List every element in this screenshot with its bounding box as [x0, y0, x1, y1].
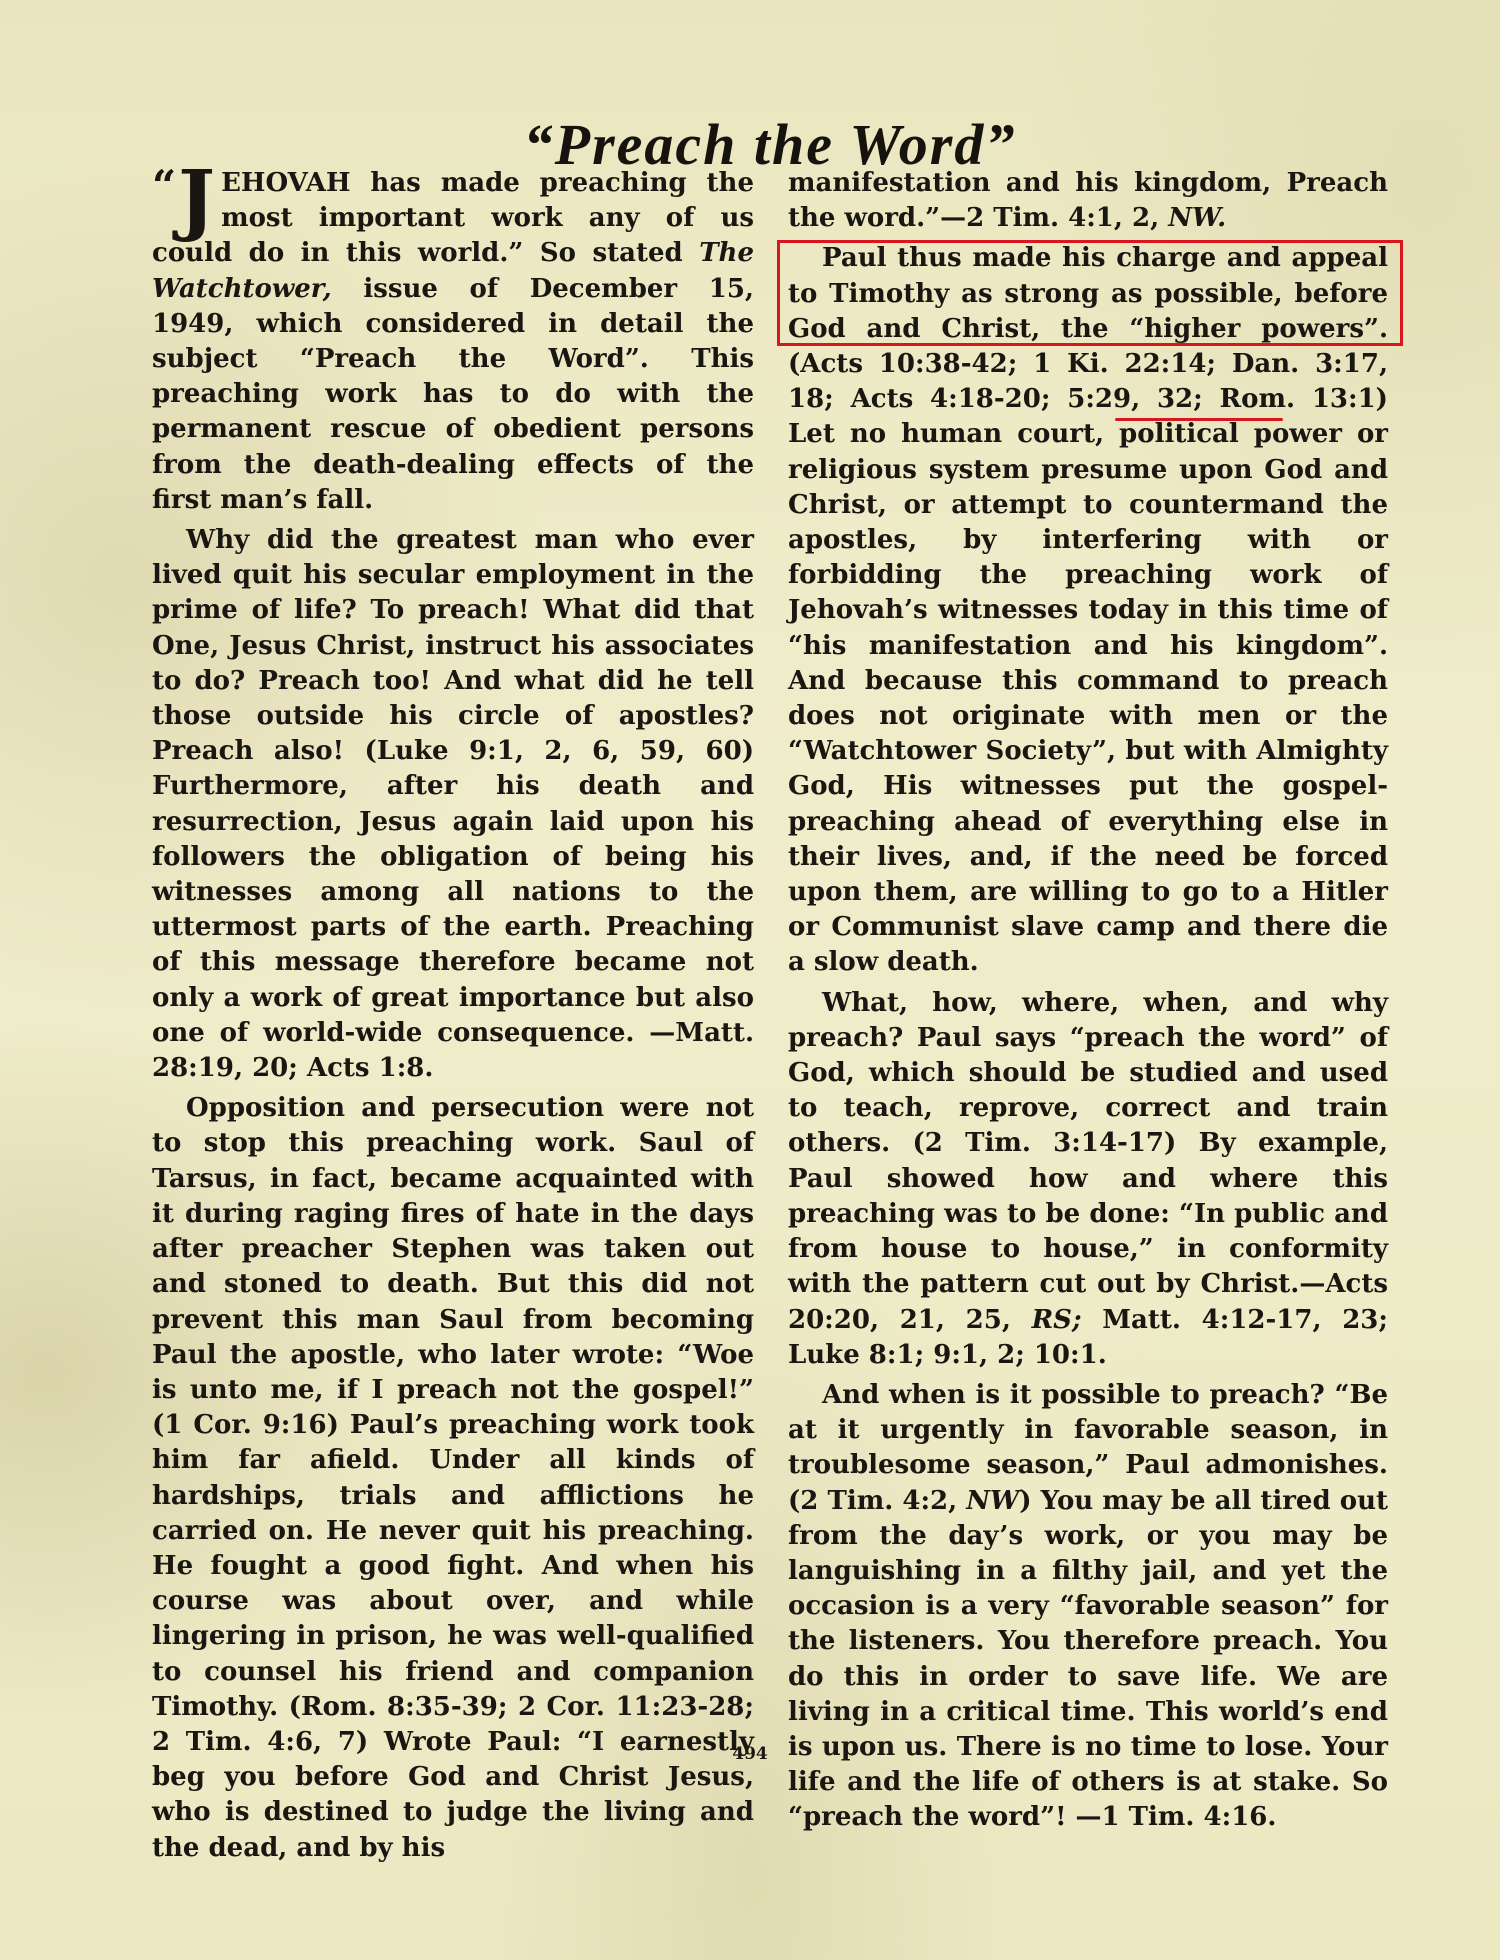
opening-quote: “ — [152, 166, 176, 206]
when-text-b: ) You may be all tired out from the day’… — [788, 1486, 1388, 1833]
intro-text-a: EHOVAH has made preaching the most impor… — [152, 168, 754, 268]
paragraph-what-how: What, how, where, when, and why preach? … — [788, 986, 1388, 1373]
charge-rest: Let no human court, political power or r… — [788, 419, 1388, 977]
what-how-text-a: What, how, where, when, and why preach? … — [788, 988, 1388, 1335]
underlined-reference: Rom. 13:1) — [1220, 384, 1388, 414]
right-column: manifestation and his kingdom, Preach th… — [788, 166, 1388, 1836]
paragraph-charge: Paul thus made his charge and appeal to … — [788, 241, 1388, 980]
left-column: “JEHOVAH has made preaching the most imp… — [152, 166, 754, 1866]
continuation-text: manifestation and his kingdom, Preach th… — [788, 168, 1388, 233]
red-underline-rom-13-1 — [1115, 418, 1283, 421]
version-abbrev-nw: NW — [966, 1486, 1019, 1516]
paragraph-continuation: manifestation and his kingdom, Preach th… — [788, 166, 1388, 236]
version-abbrev-rs: RS; — [1032, 1305, 1082, 1335]
intro-text-b: issue of December 15, 1949, which consid… — [152, 274, 754, 515]
paragraph-intro: “JEHOVAH has made preaching the most imp… — [152, 166, 754, 518]
red-highlight-box — [777, 240, 1403, 346]
drop-cap: J — [178, 168, 215, 232]
paragraph-when: And when is it possible to preach? “Be a… — [788, 1378, 1388, 1836]
scanned-page: “Preach the Word” “JEHOVAH has made prea… — [0, 0, 1500, 1960]
page-number: 494 — [0, 1744, 1500, 1764]
paragraph-why-preach: Why did the greatest man who ever lived … — [152, 523, 754, 1086]
version-abbrev: NW. — [1168, 203, 1226, 233]
